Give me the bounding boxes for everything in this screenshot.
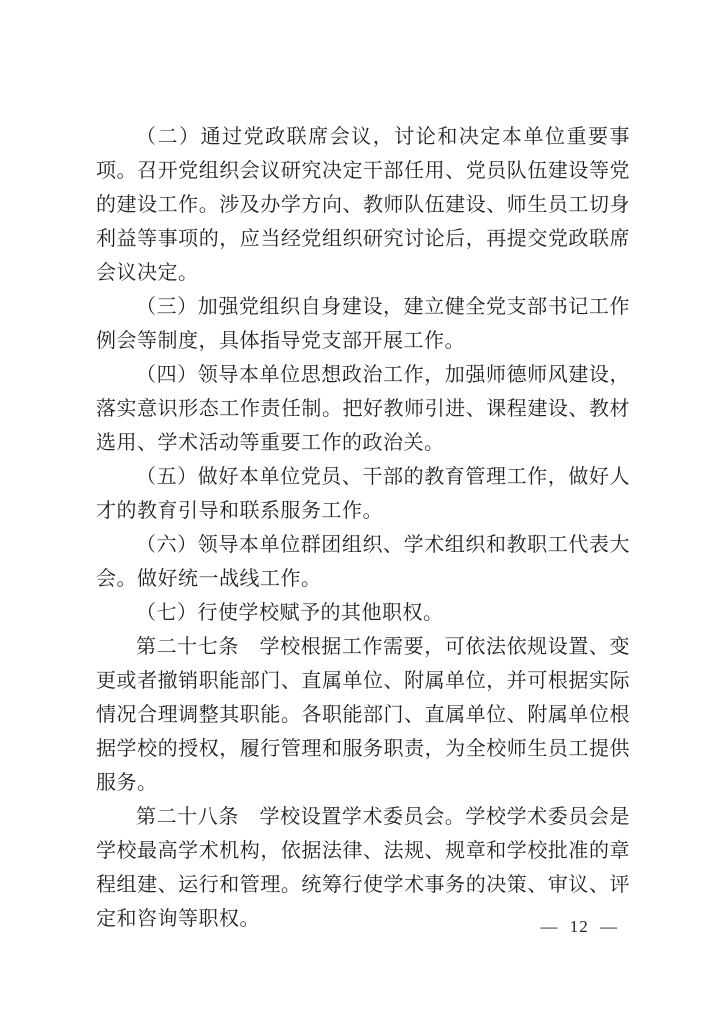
paragraph-article-27: 第二十七条 学校根据工作需要，可依法依规设置、变更或者撤销职能部门、直属单位、附…: [96, 630, 630, 800]
paragraph-clause-5: （五）做好本单位党员、干部的教育管理工作，做好人才的教育引导和联系服务工作。: [96, 460, 630, 528]
document-page: （二）通过党政联席会议，讨论和决定本单位重要事项。召开党组织会议研究决定干部任用…: [0, 0, 724, 1023]
page-footer: — 12 —: [541, 916, 619, 938]
paragraph-clause-2: （二）通过党政联席会议，讨论和决定本单位重要事项。召开党组织会议研究决定干部任用…: [96, 120, 630, 290]
text-block: （二）通过党政联席会议，讨论和决定本单位重要事项。召开党组织会议研究决定干部任用…: [96, 120, 630, 936]
paragraph-clause-4: （四）领导本单位思想政治工作，加强师德师风建设，落实意识形态工作责任制。把好教师…: [96, 358, 630, 460]
paragraph-clause-6: （六）领导本单位群团组织、学术组织和教职工代表大会。做好统一战线工作。: [96, 528, 630, 596]
page-number: — 12 —: [541, 917, 619, 936]
paragraph-clause-7: （七）行使学校赋予的其他职权。: [96, 596, 630, 630]
paragraph-clause-3: （三）加强党组织自身建设，建立健全党支部书记工作例会等制度，具体指导党支部开展工…: [96, 290, 630, 358]
